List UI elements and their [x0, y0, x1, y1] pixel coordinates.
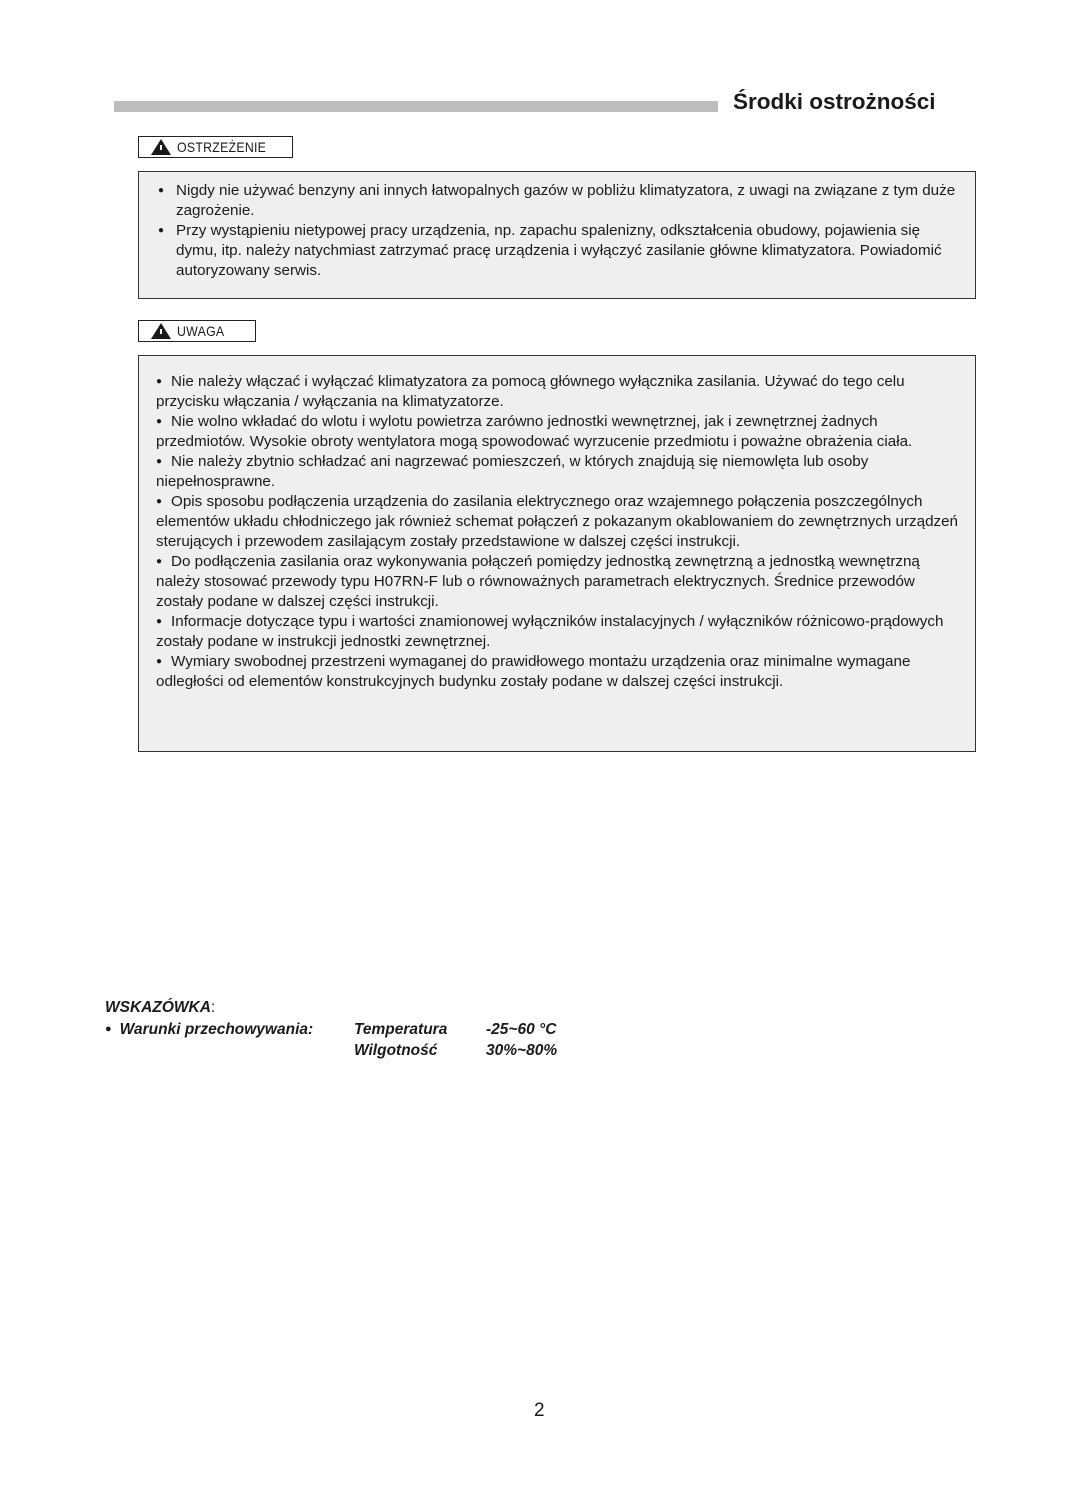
- caution-item: ●Wymiary swobodnej przestrzeni wymaganej…: [156, 652, 961, 692]
- bullet-icon: ●: [156, 556, 162, 567]
- bullet-icon: ●: [156, 376, 162, 387]
- caution-item: ●Nie wolno wkładać do wlotu i wylotu pow…: [156, 412, 961, 452]
- note-humidity-name: Wilgotność: [354, 1042, 437, 1060]
- warning-item: Nigdy nie używać benzyny ani innych łatw…: [158, 181, 959, 221]
- page-title: Środki ostrożności: [733, 89, 936, 115]
- warning-item: Przy wystąpieniu nietypowej pracy urządz…: [158, 221, 959, 281]
- warning-box: Nigdy nie używać benzyny ani innych łatw…: [138, 171, 976, 299]
- warning-triangle-icon: [151, 323, 171, 339]
- note-humidity-value: 30%~80%: [486, 1042, 557, 1060]
- warning-list: Nigdy nie używać benzyny ani innych łatw…: [158, 181, 959, 281]
- bullet-icon: ●: [105, 1023, 112, 1035]
- caution-list: ●Nie należy włączać i wyłączać klimatyza…: [156, 372, 961, 692]
- note-temperature-name: Temperatura: [354, 1021, 447, 1039]
- bullet-icon: ●: [156, 456, 162, 467]
- note-storage-label: ●Warunki przechowywania:: [105, 1021, 313, 1039]
- warning-label: OSTRZEŻENIE: [138, 136, 293, 158]
- caution-item: ●Nie należy włączać i wyłączać klimatyza…: [156, 372, 961, 412]
- warning-label-text: OSTRZEŻENIE: [177, 139, 266, 155]
- caution-label-text: UWAGA: [177, 323, 224, 339]
- bullet-icon: ●: [156, 416, 162, 427]
- caution-label: UWAGA: [138, 320, 256, 342]
- warning-triangle-icon: [151, 139, 171, 155]
- caution-item: ●Opis sposobu podłączenia urządzenia do …: [156, 492, 961, 552]
- note-heading: WSKAZÓWKA:: [105, 999, 215, 1017]
- header-rule: [114, 101, 718, 112]
- bullet-icon: ●: [156, 656, 162, 667]
- caution-item: ●Nie należy zbytnio schładzać ani nagrze…: [156, 452, 961, 492]
- bullet-icon: ●: [156, 496, 162, 507]
- caution-item: ●Do podłączenia zasilania oraz wykonywan…: [156, 552, 961, 612]
- bullet-icon: ●: [156, 616, 162, 627]
- caution-box: ●Nie należy włączać i wyłączać klimatyza…: [138, 355, 976, 752]
- page-number: 2: [534, 1400, 545, 1422]
- caution-item: ●Informacje dotyczące typu i wartości zn…: [156, 612, 961, 652]
- note-temperature-value: -25~60 °C: [486, 1021, 556, 1039]
